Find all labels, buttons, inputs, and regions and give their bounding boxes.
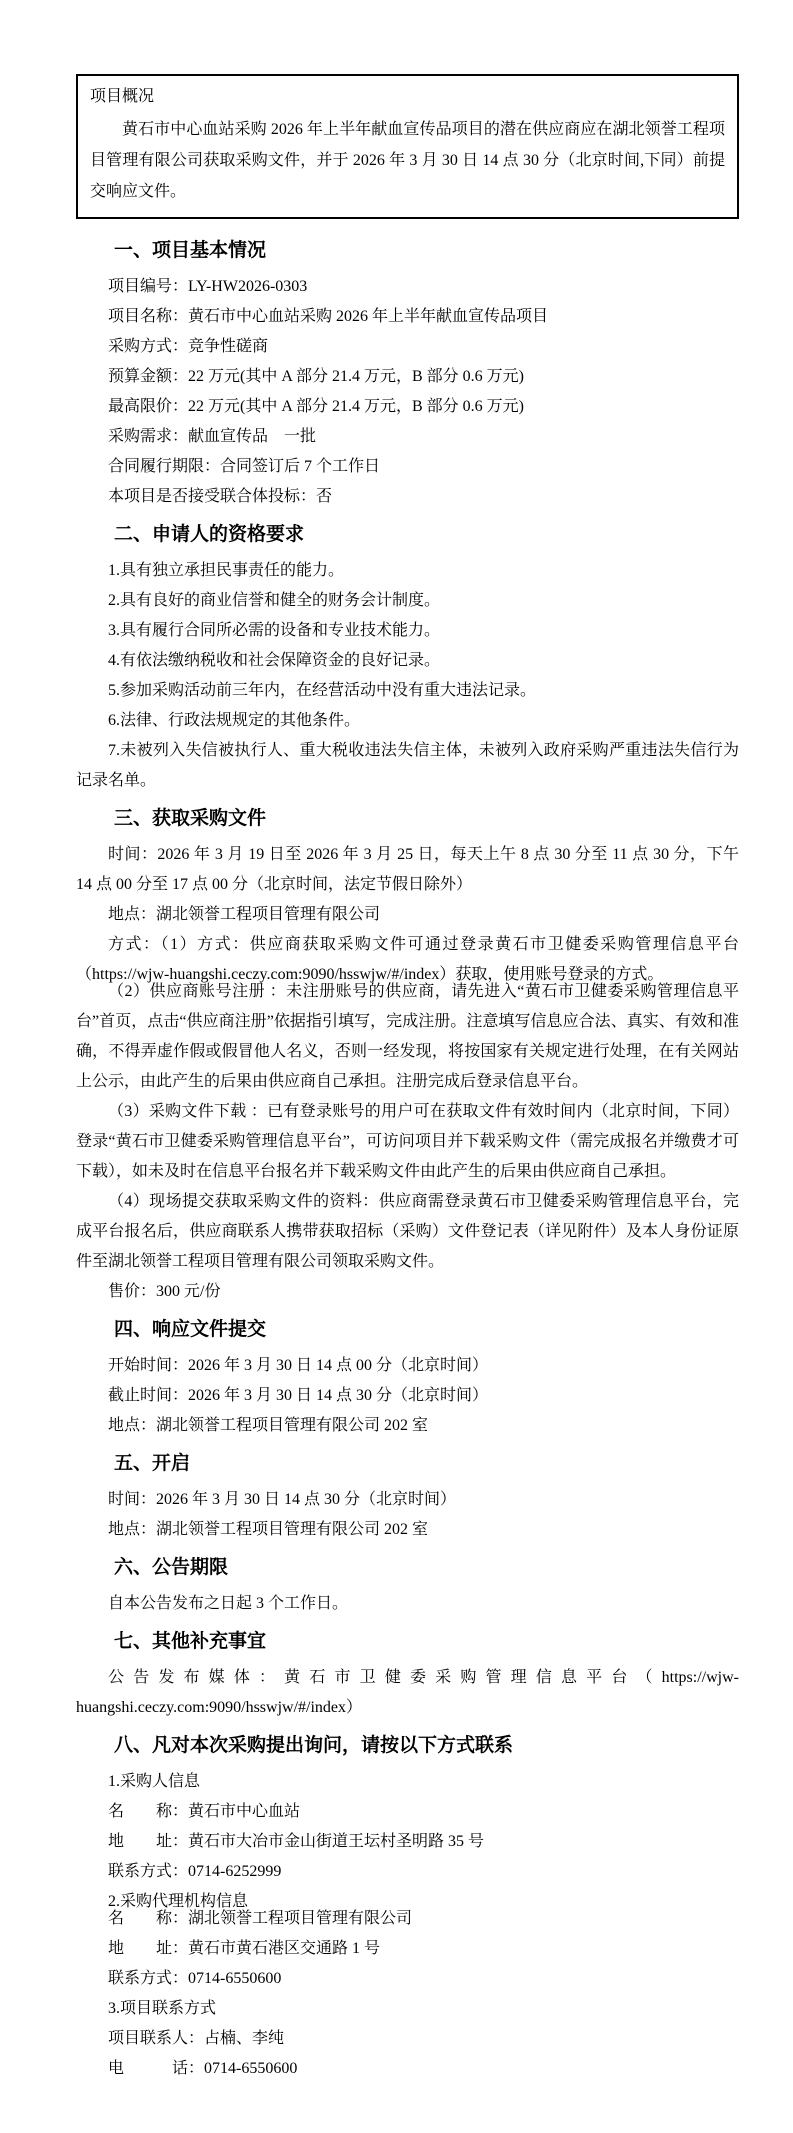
section-heading-basic-info: 一、项目基本情况 <box>76 235 739 266</box>
section-heading-supplementary: 七、其他补充事宜 <box>76 1626 739 1657</box>
document-download-line: （3）采购文件下载 ：已有登录账号的用户可在获取文件有效时间内（北京时间，下同）… <box>76 1097 739 1187</box>
agency-address-line: 地 址：黄石市黄石港区交通路 1 号 <box>76 1934 739 1964</box>
submission-place-line: 地点：湖北领誉工程项目管理有限公司 202 室 <box>76 1411 739 1441</box>
procurement-notice-document: 项目概况 黄石市中心血站采购 2026 年上半年献血宣传品项目的潜在供应商应在湖… <box>0 0 793 2084</box>
section-heading-qualifications: 二、申请人的资格要求 <box>76 519 739 550</box>
qualification-item: 3.具有履行合同所必需的设备和专业技术能力。 <box>76 616 739 646</box>
contract-period-line: 合同履行期限：合同签订后 7 个工作日 <box>76 452 739 482</box>
purchaser-info-label: 1.采购人信息 <box>76 1767 739 1797</box>
project-contact-phone-line: 电 话：0714-6550600 <box>76 2054 739 2084</box>
purchaser-address-line: 地 址：黄石市大冶市金山街道王坛村圣明路 35 号 <box>76 1827 739 1857</box>
opening-time-line: 时间：2026 年 3 月 30 日 14 点 30 分（北京时间） <box>76 1485 739 1515</box>
procurement-method-line: 采购方式：竞争性磋商 <box>76 332 739 362</box>
section-heading-contacts: 八、凡对本次采购提出询问，请按以下方式联系 <box>76 1730 739 1761</box>
qualification-item: 1.具有独立承担民事责任的能力。 <box>76 556 739 586</box>
project-contact-persons-line: 项目联系人：占楠、李纯 <box>76 2024 739 2054</box>
project-overview-box: 项目概况 黄石市中心血站采购 2026 年上半年献血宣传品项目的潜在供应商应在湖… <box>76 74 739 219</box>
submission-start-line: 开始时间：2026 年 3 月 30 日 14 点 00 分（北京时间） <box>76 1351 739 1381</box>
project-name-line: 项目名称：黄石市中心血站采购 2026 年上半年献血宣传品项目 <box>76 302 739 332</box>
consortium-line: 本项目是否接受联合体投标：否 <box>76 482 739 512</box>
project-number-line: 项目编号：LY-HW2026-0303 <box>76 272 739 302</box>
qualification-item: 7.未被列入失信被执行人、重大税收违法失信主体，未被列入政府采购严重违法失信行为… <box>76 736 739 796</box>
document-price-line: 售价：300 元/份 <box>76 1277 739 1307</box>
opening-place-line: 地点：湖北领誉工程项目管理有限公司 202 室 <box>76 1515 739 1545</box>
section-heading-opening: 五、开启 <box>76 1448 739 1479</box>
onsite-submission-line: （4）现场提交获取采购文件的资料：供应商需登录黄石市卫健委采购管理信息平台，完成… <box>76 1187 739 1277</box>
project-contact-label: 3.项目联系方式 <box>76 1994 739 2024</box>
qualification-item: 2.具有良好的商业信誉和健全的财务会计制度。 <box>76 586 739 616</box>
purchaser-name-line: 名 称：黄石市中心血站 <box>76 1797 739 1827</box>
section-heading-response-submission: 四、响应文件提交 <box>76 1314 739 1345</box>
announcement-period-line: 自本公告发布之日起 3 个工作日。 <box>76 1589 739 1619</box>
obtain-place-line: 地点：湖北领誉工程项目管理有限公司 <box>76 900 739 930</box>
price-ceiling-line: 最高限价：22 万元(其中 A 部分 21.4 万元，B 部分 0.6 万元) <box>76 392 739 422</box>
overview-body: 黄石市中心血站采购 2026 年上半年献血宣传品项目的潜在供应商应在湖北领誉工程… <box>90 114 725 207</box>
section-heading-obtain-documents: 三、获取采购文件 <box>76 803 739 834</box>
qualification-item: 4.有依法缴纳税收和社会保障资金的良好记录。 <box>76 646 739 676</box>
agency-phone-line: 联系方式：0714-6550600 <box>76 1964 739 1994</box>
section-heading-announcement-period: 六、公告期限 <box>76 1552 739 1583</box>
publishing-media-line: 公告发布媒体：黄石市卫健委采购管理信息平台（https://wjw-huangs… <box>76 1663 739 1723</box>
purchaser-phone-line: 联系方式：0714-6252999 <box>76 1857 739 1887</box>
submission-deadline-line: 截止时间：2026 年 3 月 30 日 14 点 30 分（北京时间） <box>76 1381 739 1411</box>
supplier-registration-line: （2）供应商账号注册 ：未注册账号的供应商，请先进入“黄石市卫健委采购管理信息平… <box>76 977 739 1097</box>
qualification-item: 6.法律、行政法规规定的其他条件。 <box>76 706 739 736</box>
budget-line: 预算金额：22 万元(其中 A 部分 21.4 万元，B 部分 0.6 万元) <box>76 362 739 392</box>
qualification-item: 5.参加采购活动前三年内，在经营活动中没有重大违法记录。 <box>76 676 739 706</box>
demand-line: 采购需求：献血宣传品 一批 <box>76 422 739 452</box>
agency-name-line: 名 称：湖北领誉工程项目管理有限公司 <box>76 1904 739 1934</box>
overview-title: 项目概况 <box>90 82 725 112</box>
obtain-time-line: 时间：2026 年 3 月 19 日至 2026 年 3 月 25 日，每天上午… <box>76 840 739 900</box>
